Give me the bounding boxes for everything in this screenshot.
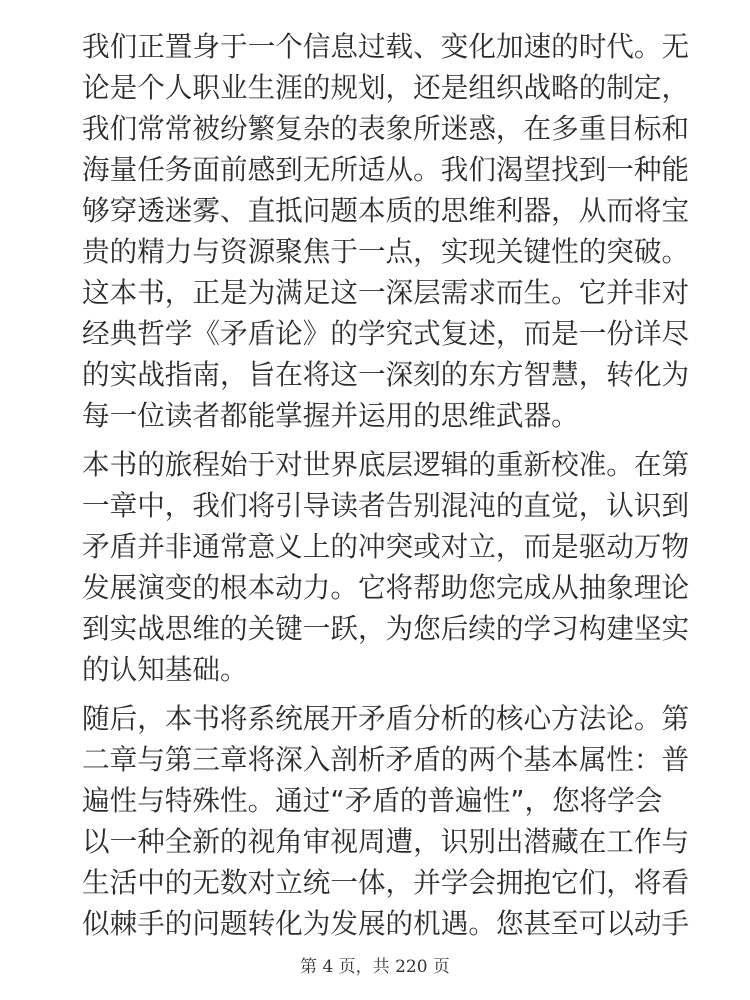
text-line: 二章与第三章将深入剖析矛盾的两个基本属性：普 [82,739,672,780]
text-line: 这本书，正是为满足这一深层需求而生。它并非对 [82,272,672,313]
text-line: 遍性与特殊性。通过“矛盾的普遍性”，您将学会 [82,780,672,821]
text-line: 发展演变的根本动力。它将帮助您完成从抽象理论 [82,567,672,608]
paragraph-chapter-one: 本书的旅程始于对世界底层逻辑的重新校准。在第 一章中，我们将引导读者告别混沌的直… [82,444,672,690]
text-line: 经典哲学《矛盾论》的学究式复述，而是一份详尽 [82,313,672,354]
text-line: 一章中，我们将引导读者告别混沌的直觉，认识到 [82,485,672,526]
text-line: 本书的旅程始于对世界底层逻辑的重新校准。在第 [82,444,672,485]
text-line: 每一位读者都能掌握并运用的思维武器。 [82,395,672,436]
text-line: 贵的精力与资源聚焦于一点，实现关键性的突破。 [82,231,672,272]
text-line: 随后，本书将系统展开矛盾分析的核心方法论。第 [82,698,672,739]
text-line: 矛盾并非通常意义上的冲突或对立，而是驱动万物 [82,526,672,567]
text-line: 的认知基础。 [82,649,672,690]
text-line: 以一种全新的视角审视周遭，识别出潜藏在工作与 [82,821,672,862]
page-number-footer: 第 4 页，共 220 页 [0,952,750,977]
text-line: 的实战指南，旨在将这一深刻的东方智慧，转化为 [82,354,672,395]
text-line: 论是个人职业生涯的规划，还是组织战略的制定， [82,67,672,108]
text-line: 似棘手的问题转化为发展的机遇。您甚至可以动手 [82,903,672,944]
text-line: 我们常常被纷繁复杂的表象所迷惑，在多重目标和 [82,108,672,149]
paragraph-intro: 我们正置身于一个信息过载、变化加速的时代。无 论是个人职业生涯的规划，还是组织战… [82,26,672,436]
paragraph-methodology: 随后，本书将系统展开矛盾分析的核心方法论。第 二章与第三章将深入剖析矛盾的两个基… [82,698,672,944]
document-page: 我们正置身于一个信息过载、变化加速的时代。无 论是个人职业生涯的规划，还是组织战… [82,26,672,952]
text-line: 我们正置身于一个信息过载、变化加速的时代。无 [82,26,672,67]
text-line: 海量任务面前感到无所适从。我们渴望找到一种能 [82,149,672,190]
text-line: 够穿透迷雾、直抵问题本质的思维利器，从而将宝 [82,190,672,231]
text-line: 生活中的无数对立统一体，并学会拥抱它们，将看 [82,862,672,903]
text-line: 到实战思维的关键一跃，为您后续的学习构建坚实 [82,608,672,649]
